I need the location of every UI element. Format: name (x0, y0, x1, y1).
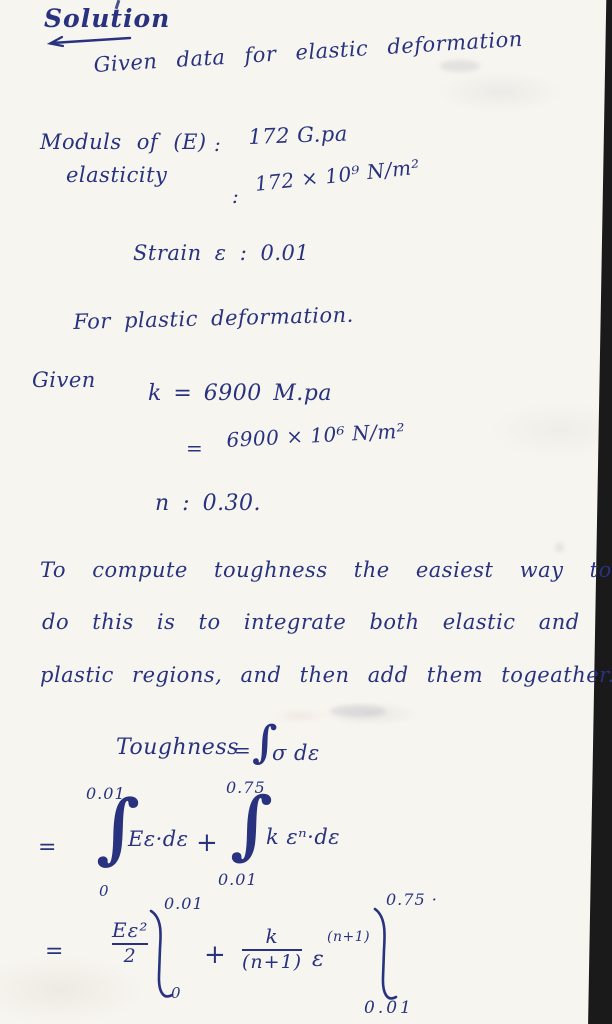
given-label: Given (32, 369, 96, 391)
fraction-2-numerator: k (265, 926, 278, 946)
toughness-equals: = (234, 740, 251, 761)
paper-smudge (330, 705, 386, 717)
epsilon-power-exponent: (n+1) (327, 930, 370, 945)
bracket2-upper-limit: 0.75 · (386, 892, 438, 909)
k-si-equals: = (186, 438, 203, 459)
scan-edge (586, 0, 612, 1024)
paragraph-line-2: do this is to integrate both elastic and (42, 611, 580, 633)
paper-smudge (440, 60, 480, 72)
fraction-1: Eε² 2 (112, 920, 148, 966)
elasticity-label: elasticity (66, 164, 167, 186)
eq2-equals: = (38, 836, 57, 859)
modulus-value-gpa: 172 G.pa (248, 123, 348, 149)
toughness-label: Toughness (116, 736, 239, 759)
n-value-line: n : 0.30. (155, 492, 261, 515)
fraction-1-numerator: Eε² (112, 920, 148, 940)
solution-heading: Solution (44, 6, 170, 32)
evaluation-bracket-1 (146, 908, 174, 1004)
strain-line: Strain ε : 0.01 (133, 242, 309, 264)
modulus-colon-2: : (232, 186, 239, 207)
int2-lower-limit: 0.01 (218, 872, 258, 889)
bracket2-lower-limit: 0.01 (364, 1000, 414, 1018)
underline-arrow (38, 32, 134, 50)
plastic-deformation-heading: For plastic deformation. (73, 304, 354, 333)
paragraph-line-3: plastic regions, and then add them togea… (40, 664, 612, 686)
evaluation-bracket-2 (370, 906, 398, 1006)
epsilon-power-base: ε (312, 948, 324, 971)
k-value-line: k = 6900 M.pa (148, 382, 332, 405)
k-si-value: 6900 × 10⁶ N/m² (226, 421, 406, 451)
paper-smudge (555, 543, 564, 552)
eq3-plus: + (204, 942, 226, 969)
bracket1-upper-limit: 0.01 (164, 896, 204, 913)
bracket1-lower-limit: 0 (171, 986, 182, 1002)
fraction-2: k (n+1) (242, 926, 302, 972)
paragraph-line-1: To compute toughness the easiest way to (40, 559, 612, 581)
int1-lower-limit: 0 (99, 884, 110, 900)
toughness-integrand: σ dε (272, 742, 320, 764)
int2-integrand: k εⁿ·dε (266, 826, 340, 848)
modulus-colon: : (214, 134, 221, 155)
fraction-2-denominator: (n+1) (242, 953, 302, 972)
modulus-value-si: 172 × 10⁹ N/m² (254, 157, 421, 195)
modulus-label: Moduls of (E) (40, 131, 207, 153)
int1-integrand: Eε·dε (128, 828, 189, 850)
fraction-1-denominator: 2 (124, 947, 137, 966)
notebook-page: Solution Given data for elastic deformat… (0, 0, 612, 1024)
plus-sign: + (196, 830, 218, 857)
eq3-equals: = (45, 940, 64, 963)
